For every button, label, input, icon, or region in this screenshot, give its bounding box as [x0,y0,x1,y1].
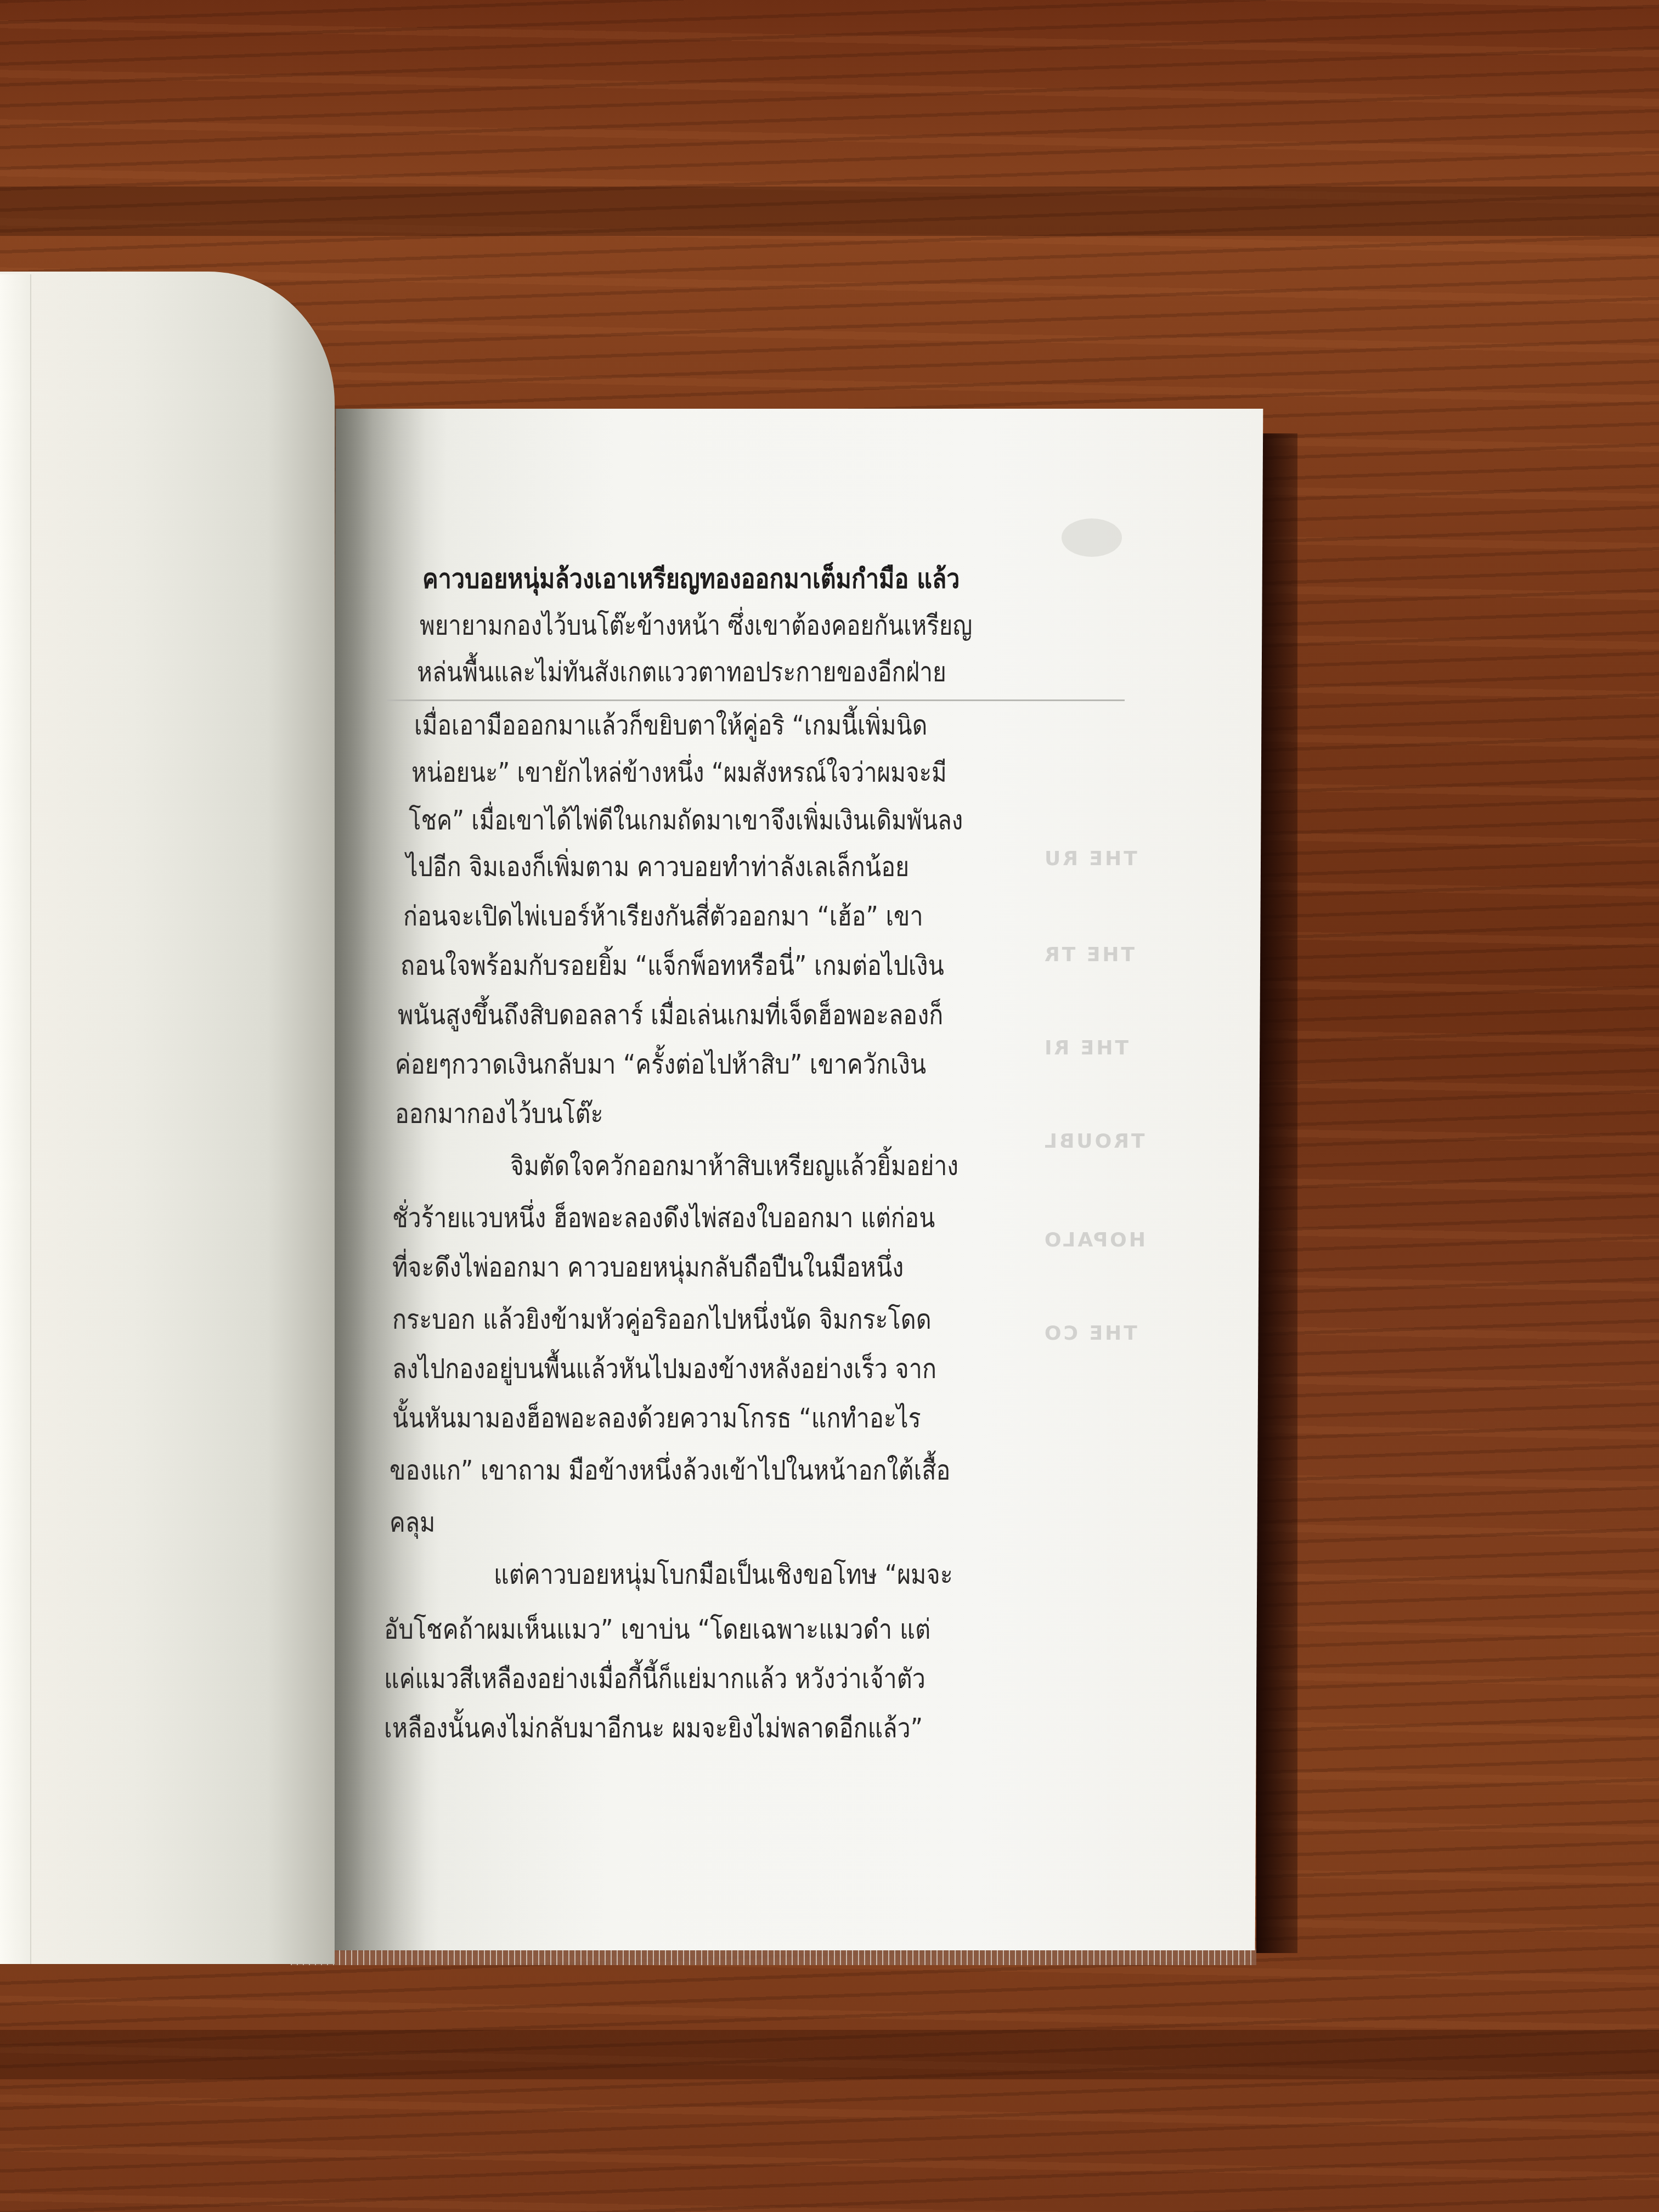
show-through-text: THE RU [1042,848,1137,870]
text-line: แต่คาวบอยหนุ่มโบกมือเป็นเชิงขอโทษ “ผมจะ [494,1561,953,1588]
text-line: พยายามกองไว้บนโต๊ะข้างหน้า ซึ่งเขาต้องคอ… [420,612,972,639]
text-line: แค่แมวสีเหลืองอย่างเมื่อกี้นี้ก็แย่มากแล… [384,1665,926,1692]
text-line: ก่อนจะเปิดไพ่เบอร์ห้าเรียงกันสี่ตัวออกมา… [403,902,923,930]
text-line: ของแก” เขาถาม มือข้างหนึ่งล้วงเข้าไปในหน… [390,1457,950,1484]
show-through-text: HOPALO [1042,1229,1145,1251]
text-line: หน่อยนะ” เขายักไหล่ข้างหนึ่ง “ผมสังหรณ์ใ… [411,759,947,786]
text-line: กระบอก แล้วยิงข้ามหัวคู่อริออกไปหนึ่งนัด… [392,1306,932,1333]
show-through-mark [1062,518,1122,557]
wood-grain-band [0,187,1659,236]
text-line: คาวบอยหนุ่มล้วงเอาเหรียญทองออกมาเต็มกำมื… [422,565,960,592]
text-line: ค่อยๆกวาดเงินกลับมา “ครั้งต่อไปห้าสิบ” เ… [395,1051,926,1078]
text-line: ไปอีก จิมเองก็เพิ่มตาม คาวบอยทำท่าลังเลเ… [406,853,909,881]
show-through-rule [387,699,1125,701]
text-line: หล่นพื้นและไม่ทันสังเกตแววตาทอประกายของอ… [417,658,946,686]
text-line: พนันสูงขึ้นถึงสิบดอลลาร์ เมื่อเล่นเกมที่… [398,1001,943,1029]
text-line: ชั่วร้ายแวบหนึ่ง ฮ็อพอะลองดึงไพ่สองใบออก… [392,1204,935,1232]
text-line: ที่จะดึงไพ่ออกมา คาวบอยหนุ่มกลับถือปืนใน… [392,1254,904,1281]
show-through-text: TROUBL [1042,1130,1145,1153]
text-line: ถอนใจพร้อมกับรอยยิ้ม “แจ็กพ็อทหรือนี่” เ… [400,952,944,979]
text-line: ลงไปกองอยู่บนพื้นแล้วหันไปมองข้างหลังอย่… [392,1355,936,1383]
text-line: นั้นหันมามองฮ็อพอะลองด้วยความโกรธ “แกทำอ… [392,1404,921,1432]
page-shadow [1256,433,1297,1953]
wood-grain-band [0,2030,1659,2079]
text-line: คลุม [390,1509,435,1536]
book-left-page-curled [0,272,335,1964]
text-line: ออกมากองไว้บนโต๊ะ [395,1100,603,1127]
show-through-text: THE CO [1042,1322,1137,1345]
show-through-text: THE TR [1042,944,1135,966]
book-left-page-edge [0,274,31,1964]
text-line: โชค” เมื่อเขาได้ไพ่ดีในเกมถัดมาเขาจึงเพิ… [409,806,963,834]
text-line: จิมตัดใจควักออกมาห้าสิบเหรียญแล้วยิ้มอย่… [510,1152,958,1180]
show-through-text: THE RI [1042,1037,1128,1059]
page-stack-edges [291,1949,1256,1965]
text-line: เมื่อเอามือออกมาแล้วก็ขยิบตาให้คู่อริ “เ… [414,712,927,739]
text-line: อับโชคถ้าผมเห็นแมว” เขาบ่น “โดยเฉพาะแมวด… [384,1616,930,1643]
text-line: เหลืองนั้นคงไม่กลับมาอีกนะ ผมจะยิงไม่พลา… [384,1714,923,1742]
